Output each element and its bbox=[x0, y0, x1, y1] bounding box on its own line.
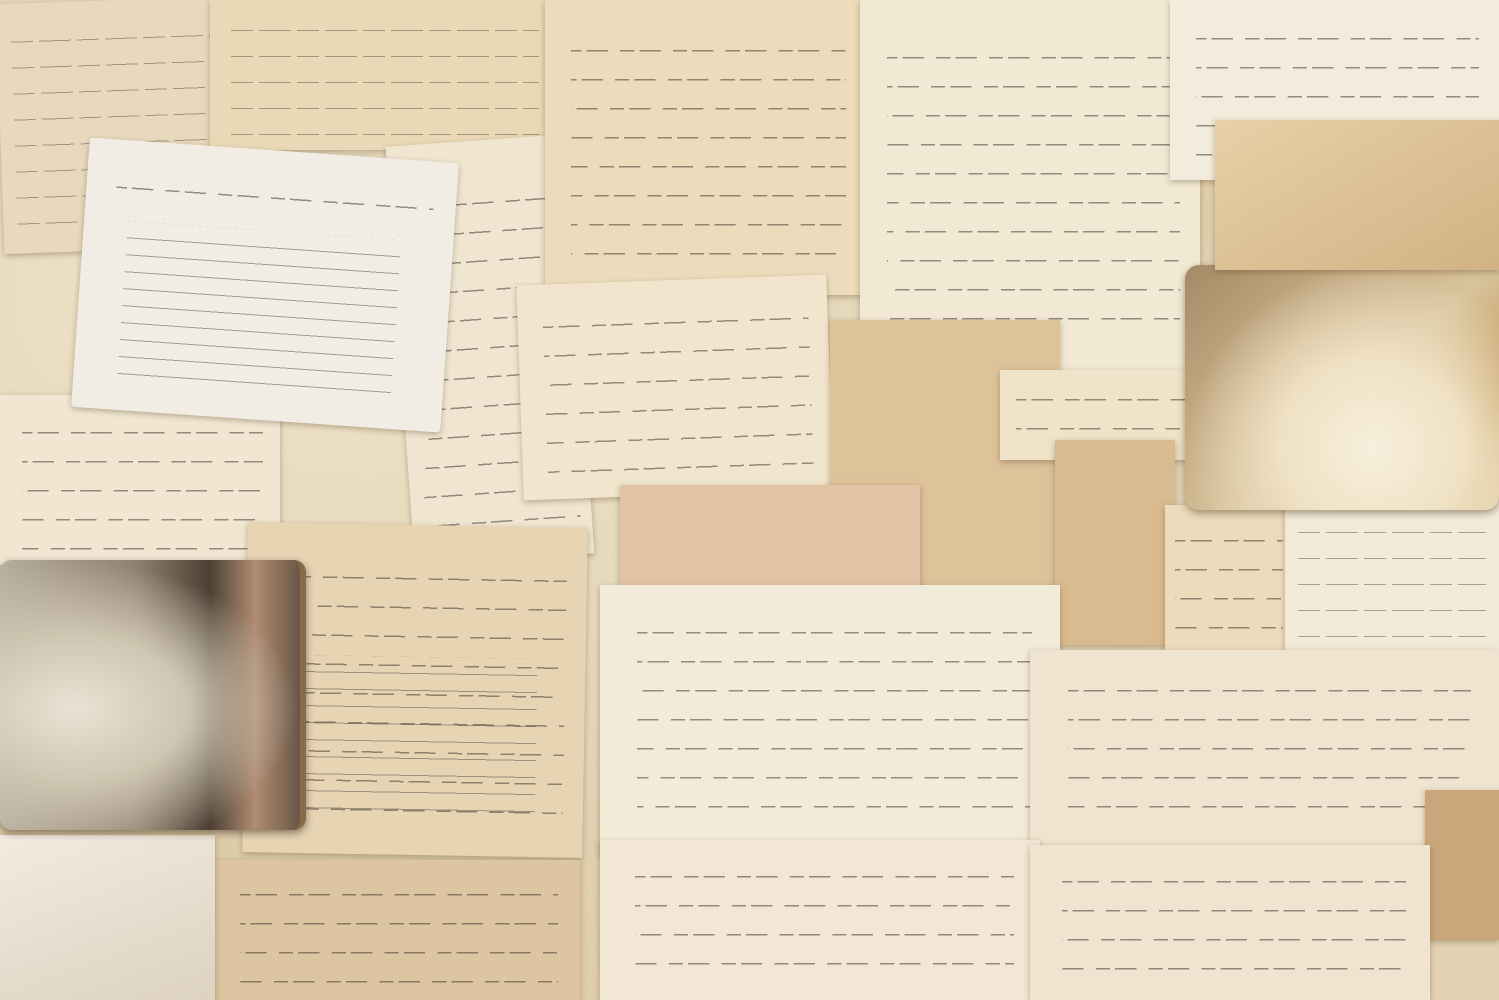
letter-left-middle bbox=[0, 395, 280, 565]
stained-photograph-right bbox=[1185, 265, 1499, 510]
letter-bottom-right bbox=[1030, 845, 1430, 1000]
tan-card-right bbox=[1055, 440, 1175, 645]
crumpled-paper-bottom-left bbox=[0, 835, 215, 1000]
paper-collage bbox=[0, 0, 1499, 1000]
ledger-strip-top bbox=[210, 0, 560, 150]
form-card-right bbox=[1165, 505, 1290, 655]
stained-photograph-left bbox=[0, 560, 306, 830]
light-sheet-center bbox=[516, 275, 833, 501]
tan-stamp-right bbox=[1425, 790, 1499, 940]
printed-form-card bbox=[71, 137, 459, 432]
crumpled-tan-paper-right bbox=[1215, 120, 1499, 270]
letter-middle-center bbox=[600, 585, 1060, 855]
letter-bottom-center bbox=[600, 840, 1040, 1000]
letter-bottom-left bbox=[210, 860, 580, 1000]
handwritten-sheet-top-right bbox=[860, 0, 1200, 370]
peach-envelope-center bbox=[620, 485, 920, 595]
handwritten-letter-top-center bbox=[545, 0, 865, 295]
